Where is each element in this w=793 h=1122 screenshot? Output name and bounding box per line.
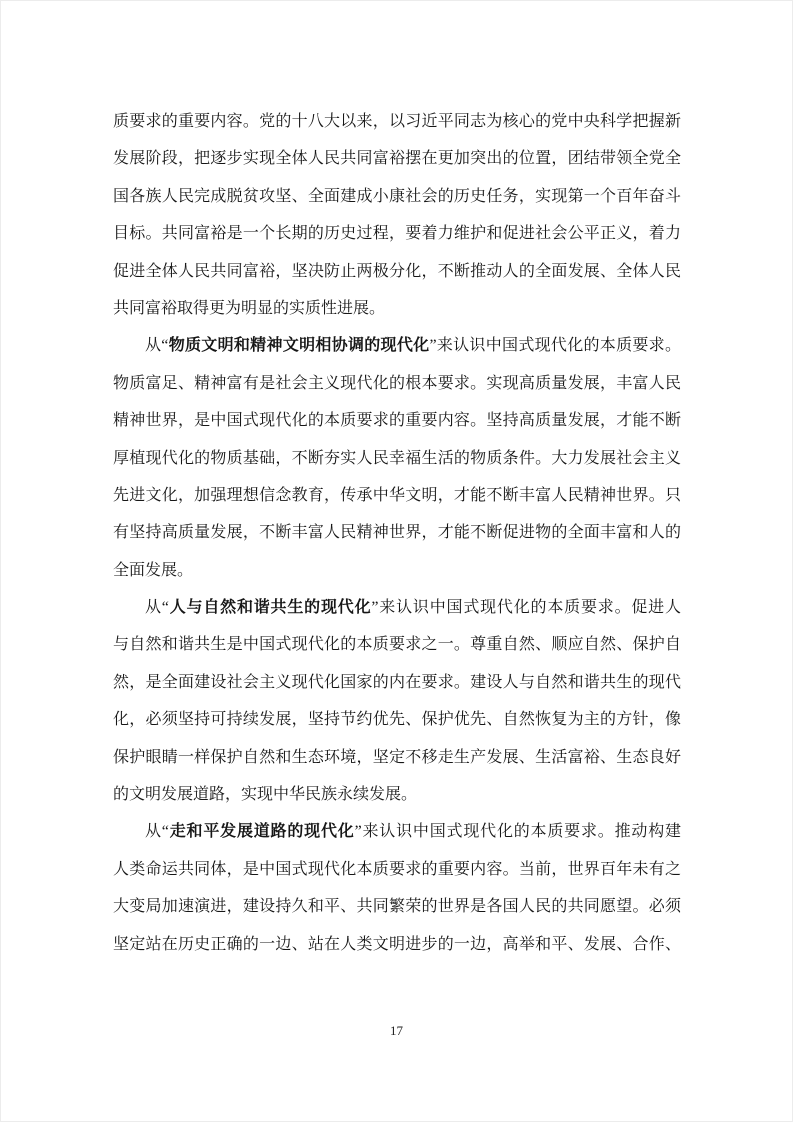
text-segment: 大变局加速演进，建设持久和平、共同繁荣的世界是各国人民的共同愿望。必须 <box>113 898 681 915</box>
text-line: 厚植现代化的物质基础，不断夯实人民幸福生活的物质条件。大力发展社会主义 <box>113 440 681 477</box>
text-line: 国各族人民完成脱贫攻坚、全面建成小康社会的历史任务，实现第一个百年奋斗 <box>113 178 681 215</box>
text-line: 先进文化，加强理想信念教育，传承中华文明，才能不断丰富人民精神世界。只 <box>113 477 681 514</box>
paragraph: 从“物质文明和精神文明相协调的现代化”来认识中国式现代化的本质要求。物质富足、精… <box>113 327 681 589</box>
emphasized-phrase: 人与自然和谐共生的现代化 <box>169 599 371 616</box>
text-segment: 全面发展。 <box>113 562 193 579</box>
text-line: 物质富足、精神富有是社会主义现代化的根本要求。实现高质量发展，丰富人民 <box>113 365 681 402</box>
text-line: 促进全体人民共同富裕，坚决防止两极分化，不断推动人的全面发展、全体人民 <box>113 253 681 290</box>
text-segment: 厚植现代化的物质基础，不断夯实人民幸福生活的物质条件。大力发展社会主义 <box>113 450 681 467</box>
text-line: 坚定站在历史正确的一边、站在人类文明进步的一边，高举和平、发展、合作、 <box>113 926 681 963</box>
text-segment: ”来认识中国式现代化的本质要求。促进人 <box>371 599 681 616</box>
text-segment: 国各族人民完成脱贫攻坚、全面建成小康社会的历史任务，实现第一个百年奋斗 <box>113 188 681 205</box>
text-segment: 从“ <box>145 823 169 840</box>
text-segment: 与自然和谐共生是中国式现代化的本质要求之一。尊重自然、顺应自然、保护自 <box>113 636 681 653</box>
text-segment: 从“ <box>145 337 168 354</box>
text-line: 全面发展。 <box>113 552 681 589</box>
text-line: 有坚持高质量发展，不断丰富人民精神世界，才能不断促进物的全面丰富和人的 <box>113 514 681 551</box>
text-segment: 人类命运共同体，是中国式现代化本质要求的重要内容。当前，世界百年未有之 <box>113 861 681 878</box>
page-number: 17 <box>1 1023 792 1039</box>
text-segment: 先进文化，加强理想信念教育，传承中华文明，才能不断丰富人民精神世界。只 <box>113 487 681 504</box>
text-segment: 化，必须坚持可持续发展，坚持节约优先、保护优先、自然恢复为主的方针，像 <box>113 711 681 728</box>
emphasized-phrase: 物质文明和精神文明相协调的现代化 <box>168 337 429 354</box>
document-body: 质要求的重要内容。党的十八大以来，以习近平同志为核心的党中央科学把握新发展阶段，… <box>113 103 681 963</box>
text-line: 与自然和谐共生是中国式现代化的本质要求之一。尊重自然、顺应自然、保护自 <box>113 626 681 663</box>
text-segment: 物质富足、精神富有是社会主义现代化的根本要求。实现高质量发展，丰富人民 <box>113 375 681 392</box>
text-line: 从“人与自然和谐共生的现代化”来认识中国式现代化的本质要求。促进人 <box>113 589 681 626</box>
text-line: 大变局加速演进，建设持久和平、共同繁荣的世界是各国人民的共同愿望。必须 <box>113 888 681 925</box>
paragraph: 从“人与自然和谐共生的现代化”来认识中国式现代化的本质要求。促进人与自然和谐共生… <box>113 589 681 813</box>
paragraph: 从“走和平发展道路的现代化”来认识中国式现代化的本质要求。推动构建人类命运共同体… <box>113 813 681 963</box>
text-segment: 目标。共同富裕是一个长期的历史过程，要着力维护和促进社会公平正义，着力 <box>113 225 681 242</box>
text-segment: 的文明发展道路，实现中华民族永续发展。 <box>113 786 417 803</box>
text-segment: 质要求的重要内容。党的十八大以来，以习近平同志为核心的党中央科学把握新 <box>113 113 681 130</box>
text-line: 保护眼睛一样保护自然和生态环境，坚定不移走生产发展、生活富裕、生态良好 <box>113 739 681 776</box>
text-line: 人类命运共同体，是中国式现代化本质要求的重要内容。当前，世界百年未有之 <box>113 851 681 888</box>
text-line: 精神世界，是中国式现代化的本质要求的重要内容。坚持高质量发展，才能不断 <box>113 402 681 439</box>
text-segment: 保护眼睛一样保护自然和生态环境，坚定不移走生产发展、生活富裕、生态良好 <box>113 749 681 766</box>
text-line: 共同富裕取得更为明显的实质性进展。 <box>113 290 681 327</box>
text-segment: 发展阶段，把逐步实现全体人民共同富裕摆在更加突出的位置，团结带领全党全 <box>113 150 681 167</box>
text-line: 质要求的重要内容。党的十八大以来，以习近平同志为核心的党中央科学把握新 <box>113 103 681 140</box>
text-line: 从“走和平发展道路的现代化”来认识中国式现代化的本质要求。推动构建 <box>113 813 681 850</box>
text-segment: 然，是全面建设社会主义现代化国家的内在要求。建设人与自然和谐共生的现代 <box>113 674 681 691</box>
text-segment: 促进全体人民共同富裕，坚决防止两极分化，不断推动人的全面发展、全体人民 <box>113 263 681 280</box>
text-segment: 共同富裕取得更为明显的实质性进展。 <box>113 300 385 317</box>
text-segment: ”来认识中国式现代化的本质要求。推动构建 <box>355 823 681 840</box>
text-line: 的文明发展道路，实现中华民族永续发展。 <box>113 776 681 813</box>
text-segment: ”来认识中国式现代化的本质要求。 <box>429 337 681 354</box>
text-segment: 坚定站在历史正确的一边、站在人类文明进步的一边，高举和平、发展、合作、 <box>113 936 681 953</box>
text-segment: 从“ <box>145 599 169 616</box>
text-line: 目标。共同富裕是一个长期的历史过程，要着力维护和促进社会公平正义，着力 <box>113 215 681 252</box>
text-line: 化，必须坚持可持续发展，坚持节约优先、保护优先、自然恢复为主的方针，像 <box>113 701 681 738</box>
text-line: 发展阶段，把逐步实现全体人民共同富裕摆在更加突出的位置，团结带领全党全 <box>113 140 681 177</box>
paragraph: 质要求的重要内容。党的十八大以来，以习近平同志为核心的党中央科学把握新发展阶段，… <box>113 103 681 327</box>
emphasized-phrase: 走和平发展道路的现代化 <box>169 823 355 840</box>
text-segment: 有坚持高质量发展，不断丰富人民精神世界，才能不断促进物的全面丰富和人的 <box>113 524 681 541</box>
document-page: 质要求的重要内容。党的十八大以来，以习近平同志为核心的党中央科学把握新发展阶段，… <box>0 0 793 1122</box>
text-line: 然，是全面建设社会主义现代化国家的内在要求。建设人与自然和谐共生的现代 <box>113 664 681 701</box>
text-segment: 精神世界，是中国式现代化的本质要求的重要内容。坚持高质量发展，才能不断 <box>113 412 681 429</box>
text-line: 从“物质文明和精神文明相协调的现代化”来认识中国式现代化的本质要求。 <box>113 327 681 364</box>
